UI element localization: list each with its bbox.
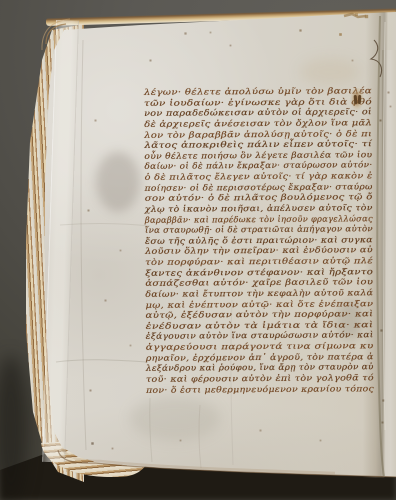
text-block: λέγων· θέλετε ἀπολύσω ὑμῖν τὸν βασιλέατῶ… <box>144 85 378 395</box>
parchment-stain <box>300 58 360 86</box>
manuscript-photo: λέγων· θέλετε ἀπολύσω ὑμῖν τὸν βασιλέατῶ… <box>0 0 396 500</box>
foxing-specks <box>0 0 1 1</box>
parchment-stain <box>130 396 220 441</box>
text-line: πον· ὅ ἐστι μεθερμηνευόμενον κρανίου τόπ… <box>146 383 378 395</box>
parchment-stain <box>96 152 140 212</box>
ink-blot <box>350 88 364 112</box>
